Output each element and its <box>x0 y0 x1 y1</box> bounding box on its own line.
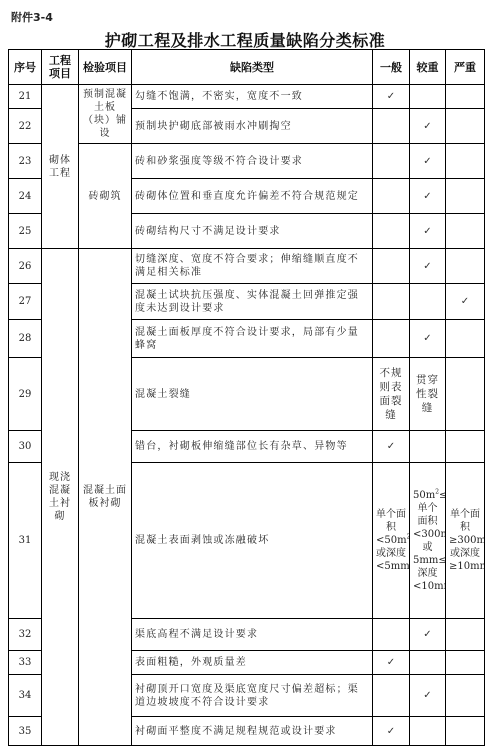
row-seq: 35 <box>9 717 42 746</box>
row-defect: 砖砌结构尺寸不满足设计要求 <box>132 214 373 249</box>
inspection-concrete-panel: 混凝土面板衬砌 <box>79 249 132 746</box>
row-major <box>410 85 446 109</box>
row-seq: 32 <box>9 619 42 651</box>
row-general: ✓ <box>373 717 410 746</box>
header-general: 一般 <box>373 50 410 85</box>
header-inspection: 检验项目 <box>79 50 132 85</box>
row-severe <box>446 717 485 746</box>
row-severe <box>446 144 485 179</box>
row-defect: 混凝土裂缝 <box>132 358 373 431</box>
row-severe <box>446 109 485 144</box>
row-severe <box>446 651 485 675</box>
row-major: ✓ <box>410 675 446 717</box>
row-general <box>373 619 410 651</box>
header-major: 较重 <box>410 50 446 85</box>
row-defect: 预制块护砌底部被雨水冲刷掏空 <box>132 109 373 144</box>
row-seq: 33 <box>9 651 42 675</box>
row-general <box>373 214 410 249</box>
row-defect: 混凝土表面剥蚀或冻融破坏 <box>132 463 373 619</box>
row-severe <box>446 249 485 284</box>
annex-label: 附件3-4 <box>11 9 53 25</box>
row-severe <box>446 214 485 249</box>
row-defect: 勾缝不饱满，不密实，宽度不一致 <box>132 85 373 109</box>
row-general <box>373 675 410 717</box>
row-general: ✓ <box>373 651 410 675</box>
row-seq: 31 <box>9 463 42 619</box>
row-seq: 23 <box>9 144 42 179</box>
header-seq: 序号 <box>9 50 42 85</box>
row-defect: 错台，衬砌板伸缩缝部位长有杂草、异物等 <box>132 431 373 463</box>
row-major: ✓ <box>410 214 446 249</box>
row-major <box>410 431 446 463</box>
row-severe: ✓ <box>446 284 485 320</box>
row-major <box>410 284 446 320</box>
header-defect-type: 缺陷类型 <box>132 50 373 85</box>
row-severe <box>446 320 485 358</box>
row-defect: 衬砌顶开口宽度及渠底宽度尺寸偏差超标；渠道边坡坡度不符合设计要求 <box>132 675 373 717</box>
row-general <box>373 109 410 144</box>
inspection-precast: 预制混凝土板（块）铺设 <box>79 85 132 144</box>
row-major: ✓ <box>410 109 446 144</box>
row-seq: 26 <box>9 249 42 284</box>
row-seq: 24 <box>9 179 42 214</box>
defect-classification-table: 序号 工程项目 检验项目 缺陷类型 一般 较重 严重 21 砌体工程 预制混凝土… <box>8 49 485 746</box>
row-severe <box>446 619 485 651</box>
row-defect: 混凝土试块抗压强度、实体混凝土回弹推定强度未达到设计要求 <box>132 284 373 320</box>
row-general <box>373 320 410 358</box>
row-defect: 表面粗糙，外观质量差 <box>132 651 373 675</box>
header-row: 序号 工程项目 检验项目 缺陷类型 一般 较重 严重 <box>9 50 485 85</box>
document-title: 护砌工程及排水工程质量缺陷分类标准 <box>0 28 490 51</box>
row-severe <box>446 675 485 717</box>
row-major: 贯穿性裂缝 <box>410 358 446 431</box>
row-severe <box>446 85 485 109</box>
row-major: ✓ <box>410 619 446 651</box>
row-general: ✓ <box>373 431 410 463</box>
row-major: ✓ <box>410 144 446 179</box>
row-major: 50m2≤单个面积<300m2或5mm≤深度<10mm <box>410 463 446 619</box>
row-severe <box>446 358 485 431</box>
row-severe: 单个面积≥300m2或深度≥10mm <box>446 463 485 619</box>
row-defect: 混凝土面板厚度不符合设计要求，局部有少量蜂窝 <box>132 320 373 358</box>
inspection-brick: 砖砌筑 <box>79 144 132 249</box>
table-row: 23 砖砌筑 砖和砂浆强度等级不符合设计要求 ✓ <box>9 144 485 179</box>
row-general <box>373 284 410 320</box>
row-major: ✓ <box>410 249 446 284</box>
table-row: 26 现浇混凝土衬砌 混凝土面板衬砌 切缝深度、宽度不符合要求；伸缩缝顺直度不满… <box>9 249 485 284</box>
project-masonry: 砌体工程 <box>42 85 79 249</box>
row-general: 单个面积<50m2或深度<5mm <box>373 463 410 619</box>
row-defect: 衬砌面平整度不满足规程规范或设计要求 <box>132 717 373 746</box>
row-major: ✓ <box>410 320 446 358</box>
table-row: 21 砌体工程 预制混凝土板（块）铺设 勾缝不饱满，不密实，宽度不一致 ✓ <box>9 85 485 109</box>
header-project: 工程项目 <box>42 50 79 85</box>
header-severe: 严重 <box>446 50 485 85</box>
row-general: 不规则表面裂缝 <box>373 358 410 431</box>
row-defect: 砖和砂浆强度等级不符合设计要求 <box>132 144 373 179</box>
row-seq: 29 <box>9 358 42 431</box>
row-seq: 34 <box>9 675 42 717</box>
row-major <box>410 651 446 675</box>
row-major <box>410 717 446 746</box>
row-seq: 30 <box>9 431 42 463</box>
row-defect: 渠底高程不满足设计要求 <box>132 619 373 651</box>
row-seq: 21 <box>9 85 42 109</box>
row-severe <box>446 179 485 214</box>
row-defect: 切缝深度、宽度不符合要求；伸缩缝顺直度不满足相关标准 <box>132 249 373 284</box>
row-seq: 22 <box>9 109 42 144</box>
row-major: ✓ <box>410 179 446 214</box>
project-cast-concrete: 现浇混凝土衬砌 <box>42 249 79 746</box>
row-seq: 25 <box>9 214 42 249</box>
row-defect: 砖砌体位置和垂直度允许偏差不符合规范规定 <box>132 179 373 214</box>
row-general <box>373 144 410 179</box>
row-general <box>373 179 410 214</box>
row-seq: 27 <box>9 284 42 320</box>
row-seq: 28 <box>9 320 42 358</box>
row-general: ✓ <box>373 85 410 109</box>
row-general <box>373 249 410 284</box>
row-severe <box>446 431 485 463</box>
